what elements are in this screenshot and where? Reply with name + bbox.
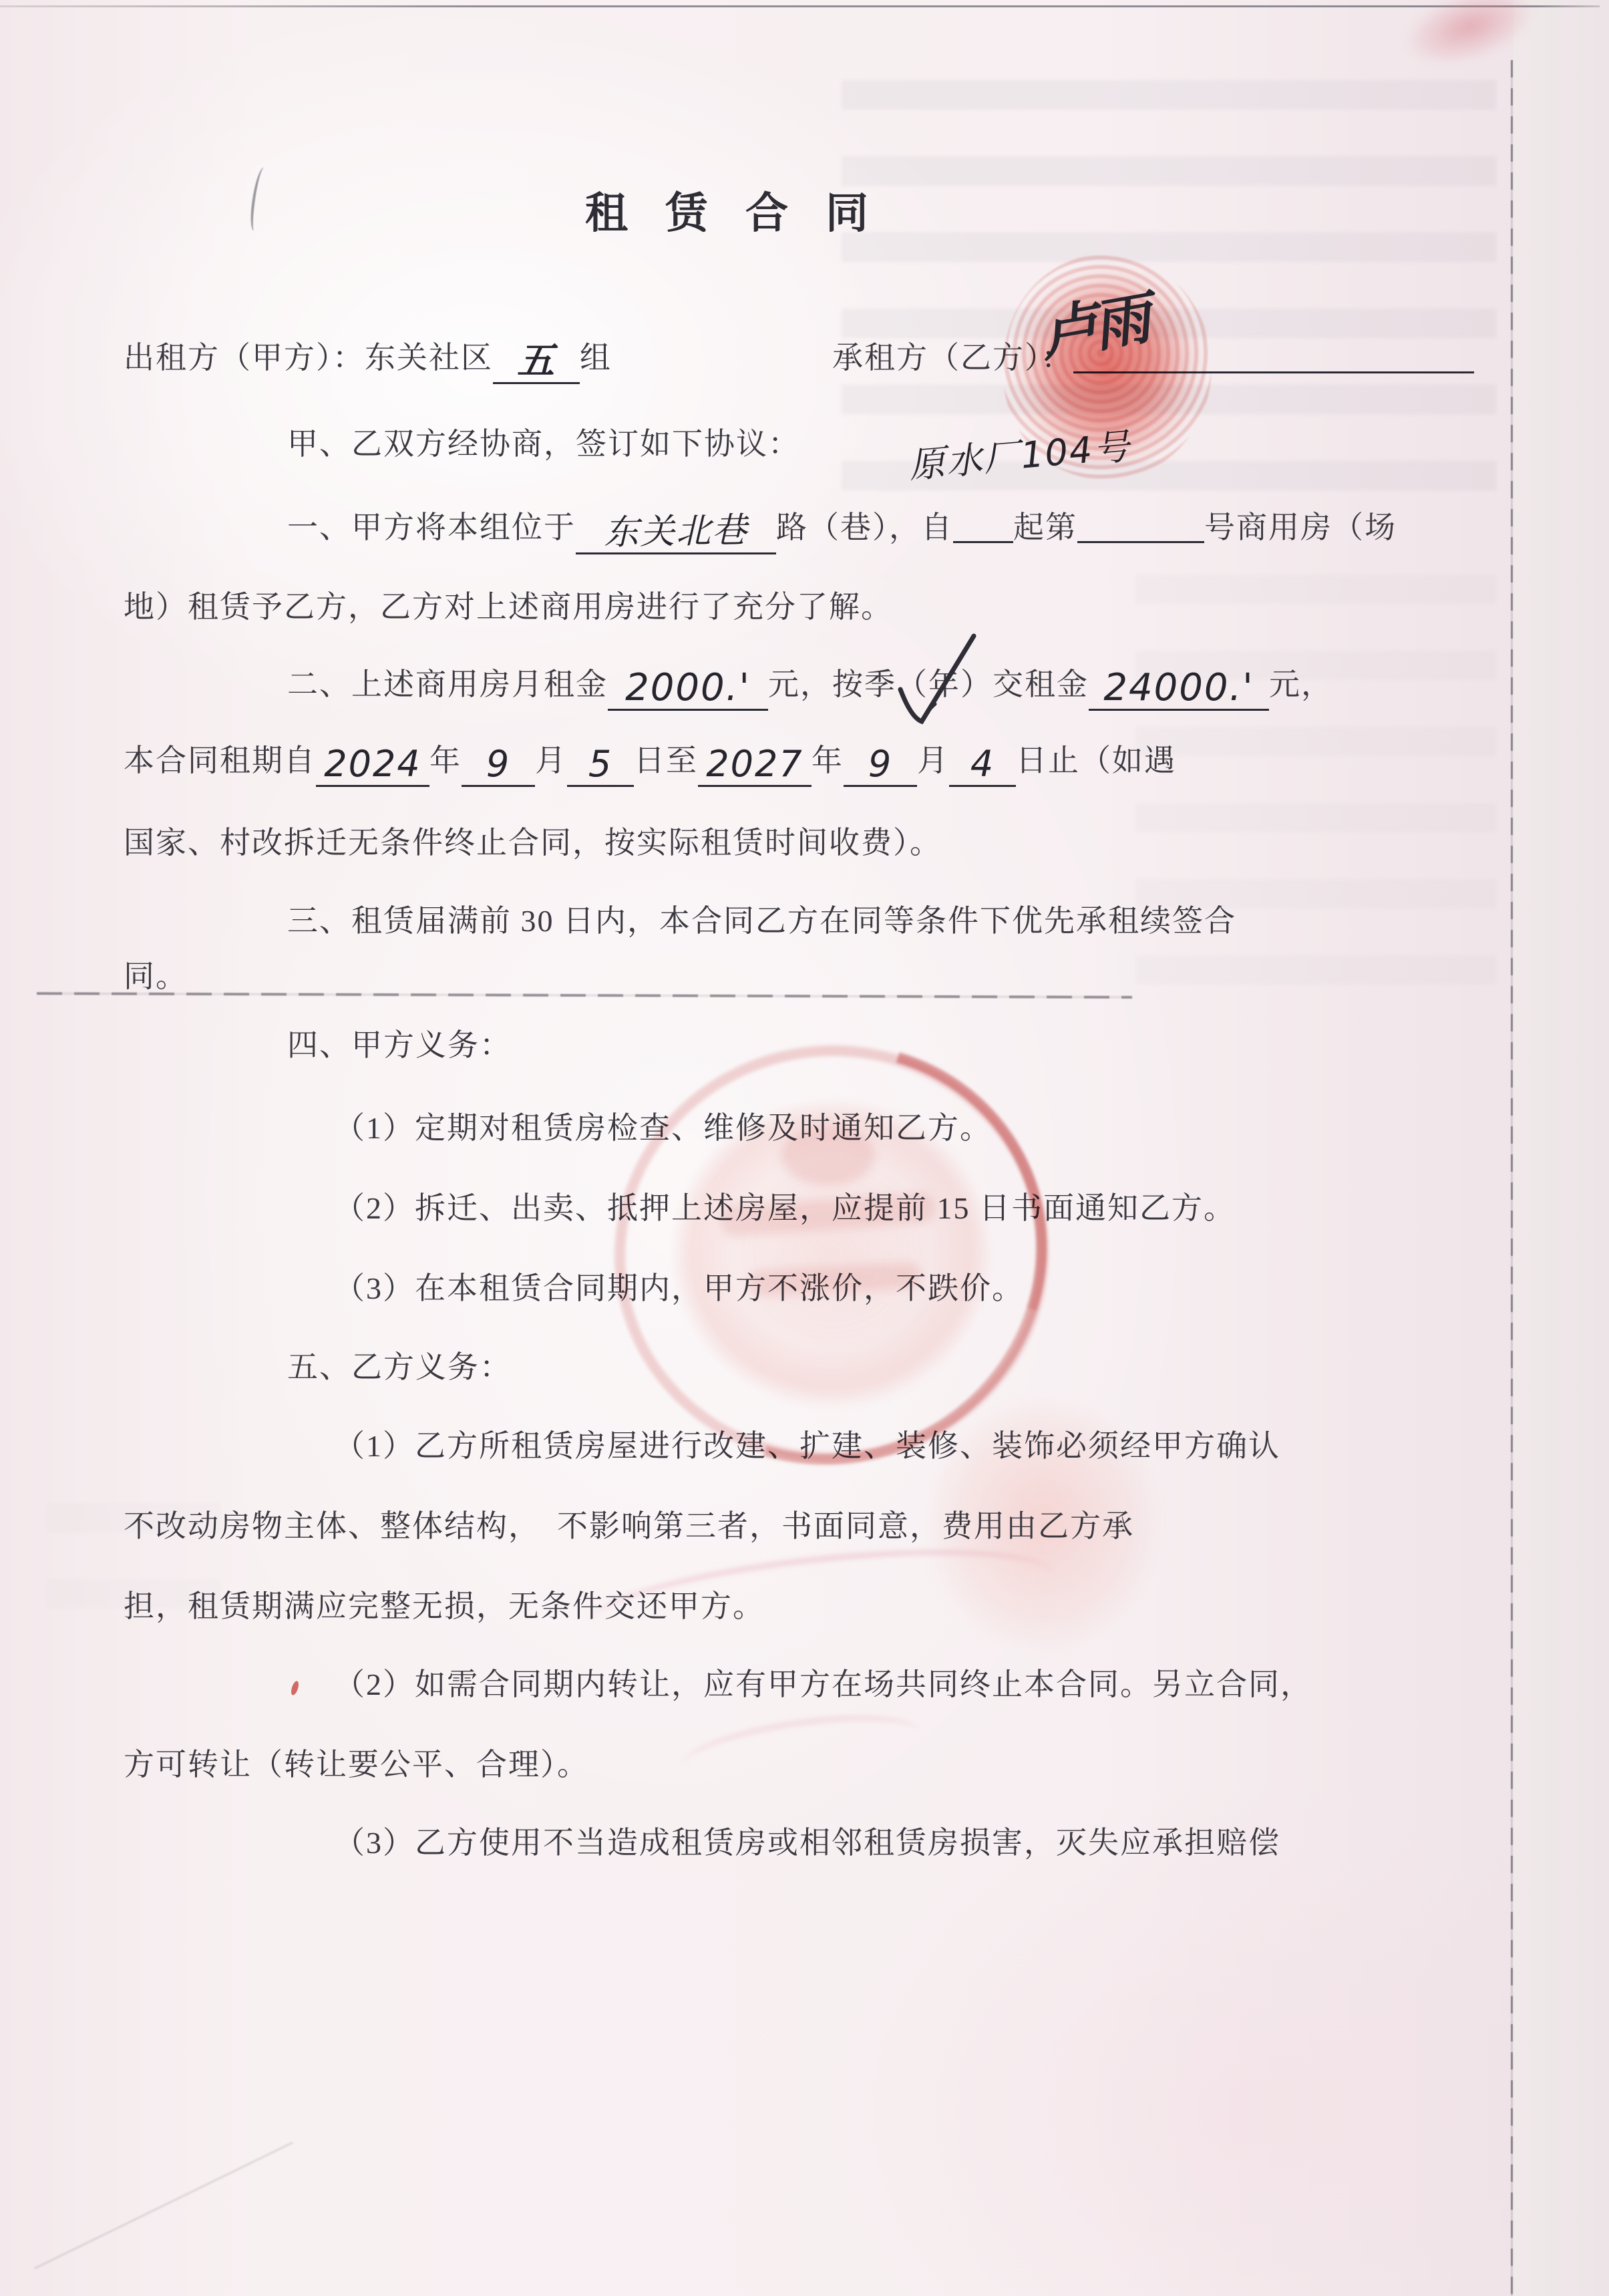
term-text: 年 [429,744,462,778]
scan-background-strip [1513,0,1609,2296]
clause4-heading: 四、甲方义务： [287,1021,512,1065]
clause1-text: 路（巷），自 [776,510,953,544]
monthly-rent-blank: 2000.' [608,670,768,711]
group-label: 组 [580,341,612,375]
lessor-group-handwriting: 五 [517,339,556,383]
clause2-line3: 国家、村改拆迁无条件终止合同，按实际租赁时间收费）。 [124,818,942,862]
clause1-text: 一、甲方将本组位于 [287,510,576,544]
page-fold-edge-line [1511,60,1513,2296]
start-month-blank: 9 [462,746,535,787]
horizontal-crease-line [37,992,1132,999]
end-year-handwriting: 2027 [706,743,803,785]
handwritten-checkmark [888,632,995,746]
term-text: 月 [917,744,949,778]
scan-artifact [248,166,270,232]
end-year-blank: 2027 [698,746,812,787]
end-month-handwriting: 9 [868,743,892,785]
clause5-item2-line2: 方可转让（转让要公平、合理）。 [124,1740,589,1784]
start-year-blank: 2024 [316,746,429,787]
lessor-label: 出租方（甲方）： [124,341,365,375]
clause5-item1-line3: 担，租赁期满应完整无损，无条件交还甲方。 [124,1582,765,1626]
term-text: 月 [535,744,567,778]
clause2-text: 二、上述商用房月租金 [287,667,608,701]
start-day-handwriting: 5 [588,743,612,785]
start-month-handwriting: 9 [486,743,510,785]
ghost-pink-handwriting [679,1703,925,1795]
clause5-item3-line1: （3）乙方使用不当造成租赁房或相邻租赁房损害，灭失应承担赔偿 [334,1818,1280,1862]
end-day-handwriting: 4 [970,743,995,785]
clause1-line2: 地）租赁予乙方，乙方对上述商用房进行了充分了解。 [124,583,893,627]
end-day-blank: 4 [949,746,1016,787]
paper-top-edge-line [0,5,1600,7]
street-handwriting: 东关北巷 [604,512,749,551]
start-day-blank: 5 [567,746,634,787]
clause1-text: 起第 [1013,510,1077,544]
seal-inner-mark [781,1126,875,1186]
clause1-line1: 一、甲方将本组位于东关北巷路（巷），自起第号商用房（场 原水厂104号 [287,502,1397,554]
term-text: 本合同租期自 [124,744,316,778]
term-text: 年 [812,744,844,778]
clause2-text: 元， [1269,667,1333,701]
clause2-line1: 二、上述商用房月租金2000.'元，按季（年）交租金24000.'元， [287,660,1333,711]
start-blank [953,502,1013,543]
clause3-line1: 三、租赁届满前 30 日内，本合同乙方在同等条件下优先承租续签合 [287,896,1236,941]
clause5-item1-line2: 不改动房物主体、整体结构， 不影响第三者，书面同意，费用由乙方承 [124,1502,1134,1546]
quarterly-rent-handwriting: 24000.' [1103,666,1254,709]
number-blank [1077,502,1204,543]
red-ink-dot [290,1680,300,1696]
quarterly-rent-blank: 24000.' [1089,670,1269,711]
term-text: 日至 [634,744,698,778]
clause2-line2: 本合同租期自2024年9月5日至2027年9月4日止（如遇 [124,736,1176,787]
clause5-heading: 五、乙方义务： [287,1343,512,1387]
party-line: 出租方（甲方）：东关社区五组承租方（乙方）： [124,333,1474,384]
clause3-line2: 同。 [124,952,188,996]
intro-line: 甲、乙双方经协商，签订如下协议： [287,420,800,464]
clause5-item2-line1: （2）如需合同期内转让，应有甲方在场共同终止本合同。另立合同， [334,1660,1312,1704]
clause2-text: 元，按季 [768,667,896,701]
lessor-value: 东关社区 [365,341,493,375]
official-red-seal-stamp [614,1045,1049,1463]
street-blank: 东关北巷 [576,514,776,554]
page-title: 租 赁 合 同 [585,179,882,240]
term-text: 日止（如遇 [1016,744,1176,778]
clause1-text: 号商用房（场 [1204,510,1397,544]
end-month-blank: 9 [844,746,917,787]
monthly-rent-handwriting: 2000.' [625,666,751,709]
lessor-group-blank: 五 [493,343,580,384]
clause2-text: 交租金 [993,667,1089,701]
year-option: （年） [896,660,993,704]
bottom-left-crease [34,2142,293,2269]
contract-page: 租 赁 合 同 出租方（甲方）：东关社区五组承租方（乙方）： 卢雨 甲、乙双方经… [0,0,1609,2296]
start-year-handwriting: 2024 [324,743,421,785]
